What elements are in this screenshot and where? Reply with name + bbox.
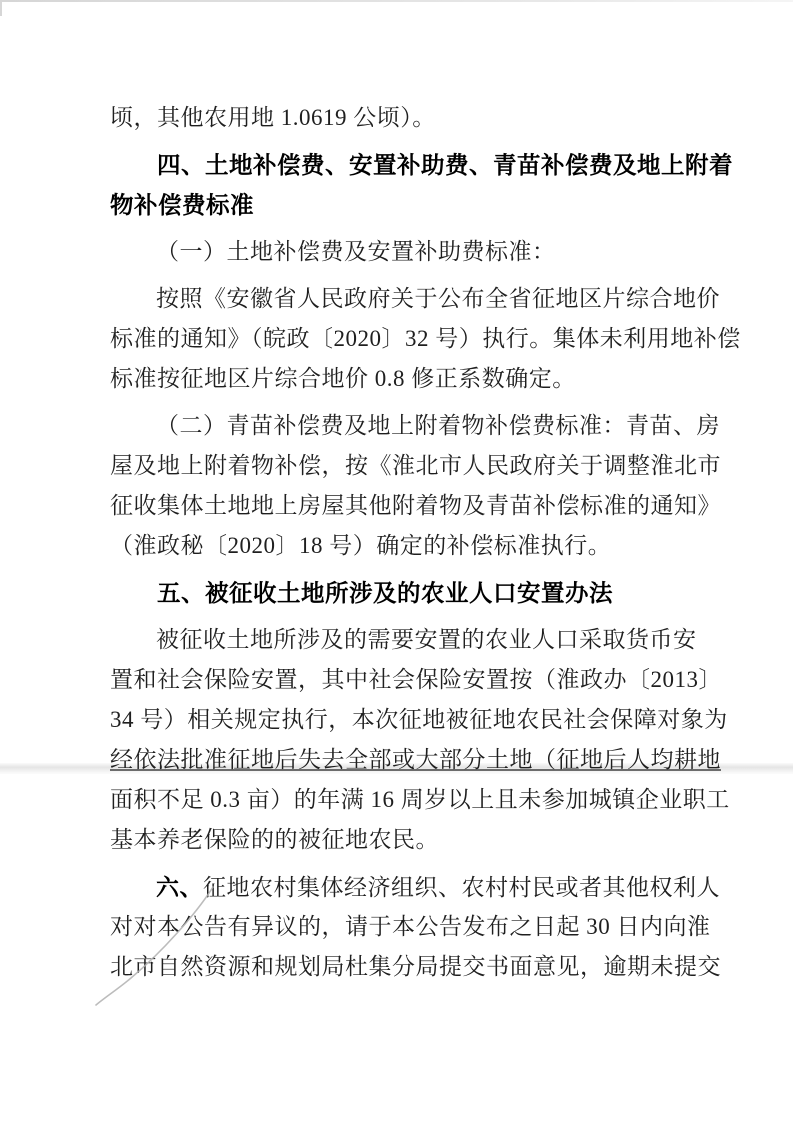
text-line: （淮政秘〔2020〕18 号）确定的补偿标准执行。 (110, 526, 690, 566)
text-line: 征收集体土地地上房屋其他附着物及青苗补偿标准的通知》 (110, 486, 690, 526)
section-heading: 五、被征收土地所涉及的农业人口安置办法 (110, 573, 690, 613)
text-line: 物补偿费标准 (110, 185, 690, 225)
scan-edge-artifact-top (0, 0, 793, 2)
text-line: 顷，其他农用地 1.0619 公顷）。 (110, 98, 690, 138)
paragraph: 顷，其他农用地 1.0619 公顷）。 (110, 98, 690, 138)
paragraph: 被征收土地所涉及的需要安置的农业人口采取货币安置和社会保险安置，其中社会保险安置… (110, 620, 690, 860)
text-line: 对对本公告有异议的，请于本公告发布之日起 30 日内向淮 (110, 907, 690, 947)
bold-item-number: 六、 (156, 874, 203, 900)
text-line: 标准按征地区片综合地价 0.8 修正系数确定。 (110, 359, 690, 399)
text-line: 基本养老保险的的被征地农民。 (110, 820, 690, 860)
paragraph: （二）青苗补偿费及地上附着物补偿费标准：青苗、房屋及地上附着物补偿，按《淮北市人… (110, 406, 690, 566)
text-line: 经依法批准征地后失去全部或大部分土地（征地后人均耕地 (110, 740, 690, 780)
text-line: （二）青苗补偿费及地上附着物补偿费标准：青苗、房 (110, 406, 690, 446)
text-line: 五、被征收土地所涉及的农业人口安置办法 (110, 573, 690, 613)
section-heading: 四、土地补偿费、安置补助费、青苗补偿费及地上附着物补偿费标准 (110, 145, 690, 225)
text-line: 34 号）相关规定执行，本次征地被征地农民社会保障对象为 (110, 700, 690, 740)
text-line: 面积不足 0.3 亩）的年满 16 周岁以上且未参加城镇企业职工 (110, 780, 690, 820)
paragraph: 按照《安徽省人民政府关于公布全省征地区片综合地价标准的通知》（皖政〔2020〕3… (110, 279, 690, 399)
text-line: 六、征地农村集体经济组织、农村村民或者其他权利人 (110, 867, 690, 907)
text-line: 北市自然资源和规划局杜集分局提交书面意见，逾期未提交 (110, 947, 690, 987)
scan-edge-artifact-left (0, 0, 2, 16)
paragraph: （一）土地补偿费及安置补助费标准： (110, 232, 690, 272)
text-line: 按照《安徽省人民政府关于公布全省征地区片综合地价 (110, 279, 690, 319)
scanned-document-page: 顷，其他农用地 1.0619 公顷）。四、土地补偿费、安置补助费、青苗补偿费及地… (0, 0, 793, 1121)
text-line: （一）土地补偿费及安置补助费标准： (110, 232, 690, 272)
text-line: 被征收土地所涉及的需要安置的农业人口采取货币安 (110, 620, 690, 660)
text-line: 标准的通知》（皖政〔2020〕32 号）执行。集体未利用地补偿 (110, 319, 690, 359)
paragraph: 六、征地农村集体经济组织、农村村民或者其他权利人对对本公告有异议的，请于本公告发… (110, 867, 690, 987)
document-body: 顷，其他农用地 1.0619 公顷）。四、土地补偿费、安置补助费、青苗补偿费及地… (110, 98, 690, 994)
text-line: 屋及地上附着物补偿，按《淮北市人民政府关于调整淮北市 (110, 446, 690, 486)
text-line: 置和社会保险安置，其中社会保险安置按（淮政办〔2013〕 (110, 660, 690, 700)
text-line: 四、土地补偿费、安置补助费、青苗补偿费及地上附着 (110, 145, 690, 185)
